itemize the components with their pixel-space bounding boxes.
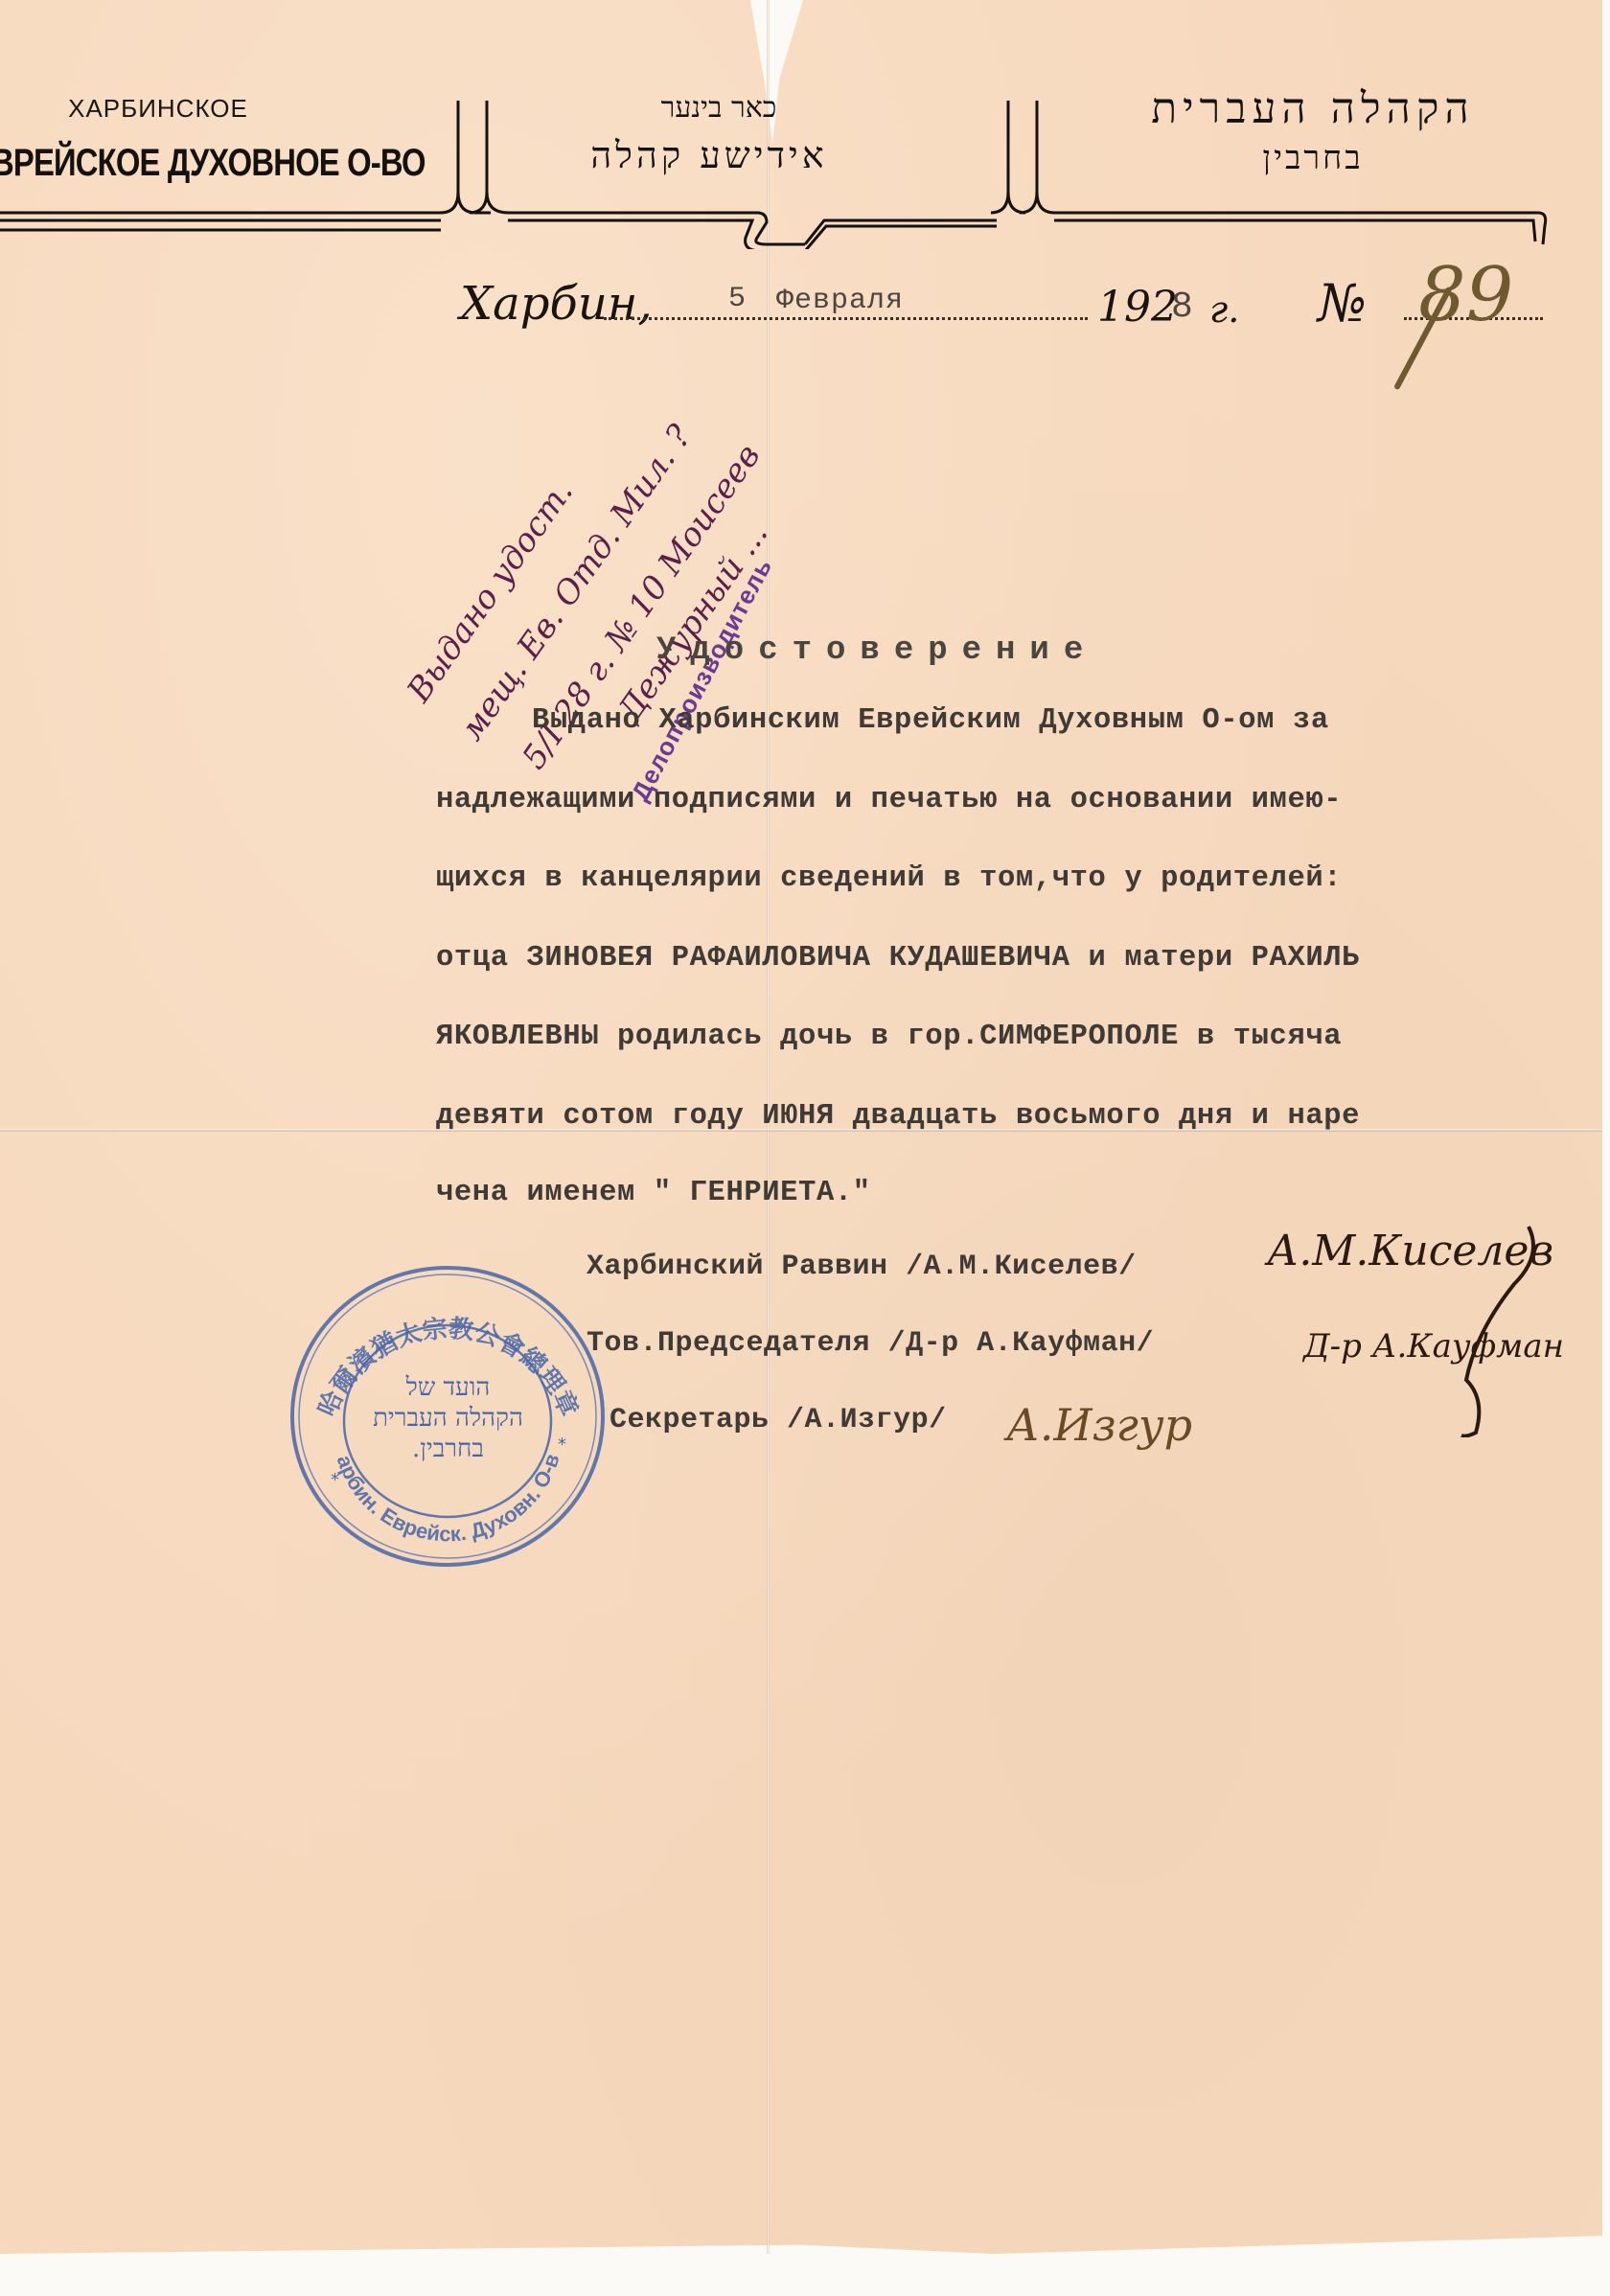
signature-role: Тов.Председателя <box>586 1327 870 1360</box>
body-line: щихся в канцелярии сведений в том,что у … <box>436 862 1342 895</box>
body-line: отца ЗИНОВЕЯ РАФАИЛОВИЧА КУДАШЕВИЧА и ма… <box>436 942 1360 975</box>
signature-name: /А.Изгур/ <box>787 1404 947 1436</box>
community-seal: 哈爾濱猶太宗教公會總理章 Харбин. Еврейск. Духовн. О-… <box>287 1263 609 1570</box>
letterhead-ornament <box>0 0 1610 249</box>
date-year-suffix: 8 <box>1171 287 1194 328</box>
signature-flourish <box>1409 1217 1543 1437</box>
date-month: Февраля <box>776 285 904 317</box>
number-label: № <box>1318 273 1367 333</box>
signature-secretary: Секретарь /А.Изгур/ <box>609 1404 947 1436</box>
body-line: Выдано Харбинским Еврейским Духовным О-о… <box>532 704 1329 737</box>
handwritten-signature-secretary: А.Изгур <box>1006 1399 1192 1451</box>
signature-name: /Д-р А.Кауфман/ <box>888 1327 1155 1360</box>
seal-hebrew-line2: הקהלה העברית <box>373 1404 523 1433</box>
signature-rabbi: Харбинский Раввин /А.М.Киселев/ <box>586 1251 1137 1283</box>
seal-center-text: הועד של הקהלה העברית בחרבין. <box>287 1263 609 1570</box>
signature-deputy-chair: Тов.Председателя /Д-р А.Кауфман/ <box>586 1327 1154 1360</box>
signature-role: Харбинский Раввин <box>586 1251 888 1283</box>
seal-hebrew-line3: בחרבין. <box>412 1435 484 1463</box>
signature-name: /А.М.Киселев/ <box>906 1251 1137 1283</box>
body-line: чена именем " ГЕНРИЕТА." <box>436 1177 871 1209</box>
body-line: надлежащими подписями и печатью на основ… <box>436 784 1342 816</box>
date-year-unit: г. <box>1209 288 1239 331</box>
body-line: девяти сотом году ИЮНЯ двадцать восьмого… <box>436 1100 1360 1133</box>
body-line: ЯКОВЛЕВНЫ родилась дочь в гор.СИМФЕРОПОЛ… <box>436 1021 1342 1053</box>
date-dotted-line <box>604 317 1088 320</box>
seal-hebrew-line1: הועד של <box>406 1373 491 1402</box>
document-title: Удостоверение <box>656 632 1097 669</box>
signature-role: Секретарь <box>609 1404 770 1436</box>
date-day: 5 <box>728 283 747 315</box>
date-year-prefix: 192 <box>1097 283 1178 332</box>
date-city: Харбин, <box>460 277 653 331</box>
